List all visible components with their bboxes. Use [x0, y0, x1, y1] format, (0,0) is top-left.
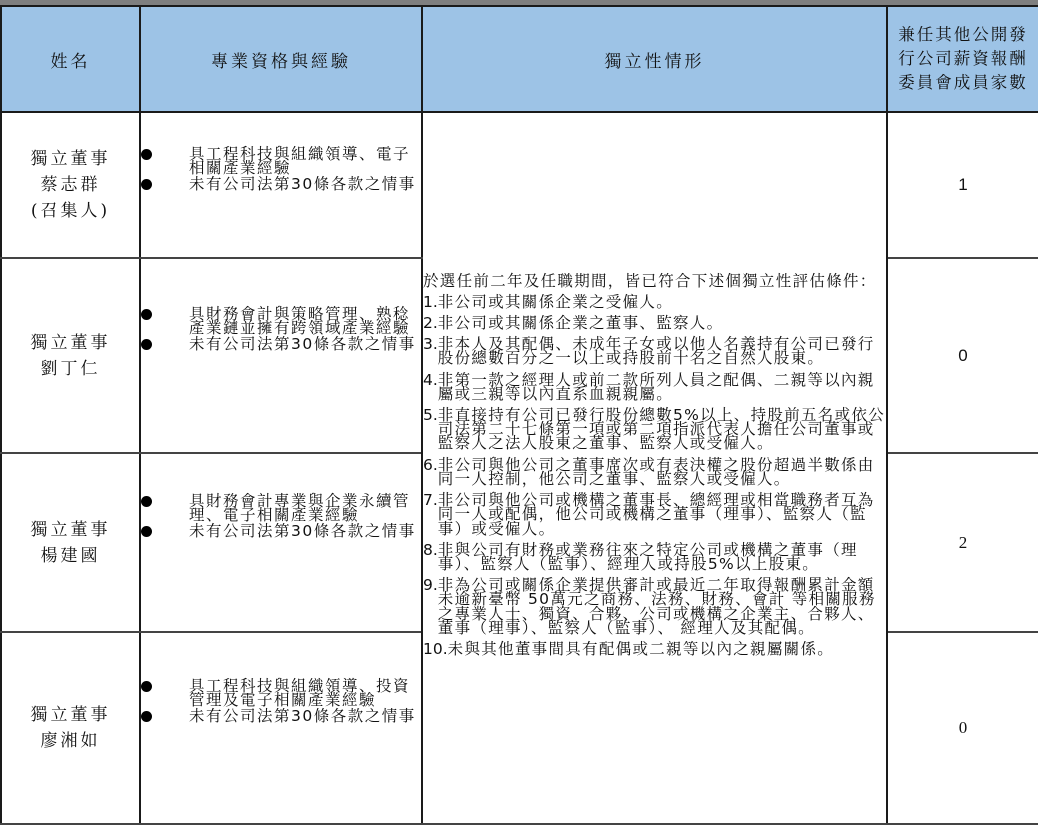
list-item: 未有公司法第30條各款之情事 [141, 709, 421, 723]
bullet-icon [141, 681, 152, 692]
independent-directors-table: 姓名 專業資格與經驗 獨立性情形 兼任其他公開發行公司薪資報酬委員會成員家數 獨… [0, 5, 1038, 825]
director-name: 廖湘如 [2, 728, 139, 754]
concurrent-count-cell: 1 [887, 112, 1038, 258]
list-item: 未有公司法第30條各款之情事 [141, 177, 421, 191]
bullet-icon [141, 309, 152, 320]
director-title: 獨立董事 [2, 702, 139, 728]
list-item: 未有公司法第30條各款之情事 [141, 524, 421, 538]
director-name-cell: 獨立董事 廖湘如 [1, 632, 140, 824]
independence-item: 10.未與其他董事間具有配偶或二親等以內之親屬關係。 [423, 642, 886, 656]
director-name-cell: 獨立董事 蔡志群 (召集人) [1, 112, 140, 258]
director-name: 楊建國 [2, 543, 139, 569]
director-title: 獨立董事 [2, 330, 139, 356]
director-name-cell: 獨立董事 楊建國 [1, 453, 140, 632]
bullet-icon [141, 179, 152, 190]
bullet-icon [141, 339, 152, 350]
table-row: 獨立董事 蔡志群 (召集人) 具工程科技與組織領導、電子相關產業經驗 未有公司法… [1, 112, 1038, 258]
bullet-icon [141, 496, 152, 507]
table-header-row: 姓名 專業資格與經驗 獨立性情形 兼任其他公開發行公司薪資報酬委員會成員家數 [1, 6, 1038, 112]
header-qualifications: 專業資格與經驗 [140, 6, 422, 112]
header-concurrent-count: 兼任其他公開發行公司薪資報酬委員會成員家數 [887, 6, 1038, 112]
qualifications-list: 具財務會計與策略管理、熟稔產業鏈並擁有跨領域產業經驗 未有公司法第30條各款之情… [141, 307, 421, 351]
qualifications-cell: 具工程科技與組織領導、投資管理及電子相關產業經驗 未有公司法第30條各款之情事 [140, 632, 422, 824]
independence-item: 7.非公司與他公司或機構之董事長、總經理或相當職務者互為同一人或配偶，他公司或機… [423, 493, 886, 536]
director-name: 劉丁仁 [2, 356, 139, 382]
list-item: 具工程科技與組織領導、電子相關產業經驗 [141, 147, 421, 175]
independence-cell: 於選任前二年及任職期間，皆已符合下述個獨立性評估條件： 1.非公司或其關係企業之… [422, 112, 887, 824]
independence-item: 2.非公司或其關係企業之董事、監察人。 [423, 316, 886, 330]
independence-item: 3.非本人及其配偶、未成年子女或以他人名義持有公司已發行股份總數百分之一以上或持… [423, 337, 886, 365]
director-title: 獨立董事 [2, 146, 139, 172]
qualifications-cell: 具工程科技與組織領導、電子相關產業經驗 未有公司法第30條各款之情事 [140, 112, 422, 258]
bullet-icon [141, 526, 152, 537]
independence-item: 4.非第一款之經理人或前二款所列人員之配偶、二親等以內親屬或三親等以內直系血親親… [423, 373, 886, 401]
list-item: 具財務會計與策略管理、熟稔產業鏈並擁有跨領域產業經驗 [141, 307, 421, 335]
list-item: 具財務會計專業與企業永續管理、電子相關產業經驗 [141, 494, 421, 522]
independence-item: 8.非與公司有財務或業務往來之特定公司或機構之董事（理事）、監察人（監事）、經理… [423, 543, 886, 571]
qualifications-cell: 具財務會計與策略管理、熟稔產業鏈並擁有跨領域產業經驗 未有公司法第30條各款之情… [140, 258, 422, 453]
independence-item: 1.非公司或其關係企業之受僱人。 [423, 295, 886, 309]
qualifications-list: 具財務會計專業與企業永續管理、電子相關產業經驗 未有公司法第30條各款之情事 [141, 494, 421, 538]
header-name: 姓名 [1, 6, 140, 112]
bullet-icon [141, 711, 152, 722]
independence-item: 9.非為公司或關係企業提供審計或最近二年取得報酬累計金額未逾新臺幣 50萬元之商… [423, 578, 886, 635]
list-item: 具工程科技與組織領導、投資管理及電子相關產業經驗 [141, 679, 421, 707]
concurrent-count-cell: 0 [887, 632, 1038, 824]
director-role: (召集人) [2, 198, 139, 224]
director-name-cell: 獨立董事 劉丁仁 [1, 258, 140, 453]
director-name: 蔡志群 [2, 172, 139, 198]
bullet-icon [141, 149, 152, 160]
list-item: 未有公司法第30條各款之情事 [141, 337, 421, 351]
qualifications-list: 具工程科技與組織領導、投資管理及電子相關產業經驗 未有公司法第30條各款之情事 [141, 679, 421, 723]
concurrent-count-cell: 0 [887, 258, 1038, 453]
director-title: 獨立董事 [2, 517, 139, 543]
independence-item: 5.非直接持有公司已發行股份總數5%以上、持股前五名或依公司法第二十七條第一項或… [423, 408, 886, 451]
header-independence: 獨立性情形 [422, 6, 887, 112]
independence-intro: 於選任前二年及任職期間，皆已符合下述個獨立性評估條件： [423, 273, 886, 289]
independence-item: 6.非公司與他公司之董事席次或有表決權之股份超過半數係由同一人控制，他公司之董事… [423, 458, 886, 486]
concurrent-count-cell: 2 [887, 453, 1038, 632]
qualifications-cell: 具財務會計專業與企業永續管理、電子相關產業經驗 未有公司法第30條各款之情事 [140, 453, 422, 632]
qualifications-list: 具工程科技與組織領導、電子相關產業經驗 未有公司法第30條各款之情事 [141, 147, 421, 191]
